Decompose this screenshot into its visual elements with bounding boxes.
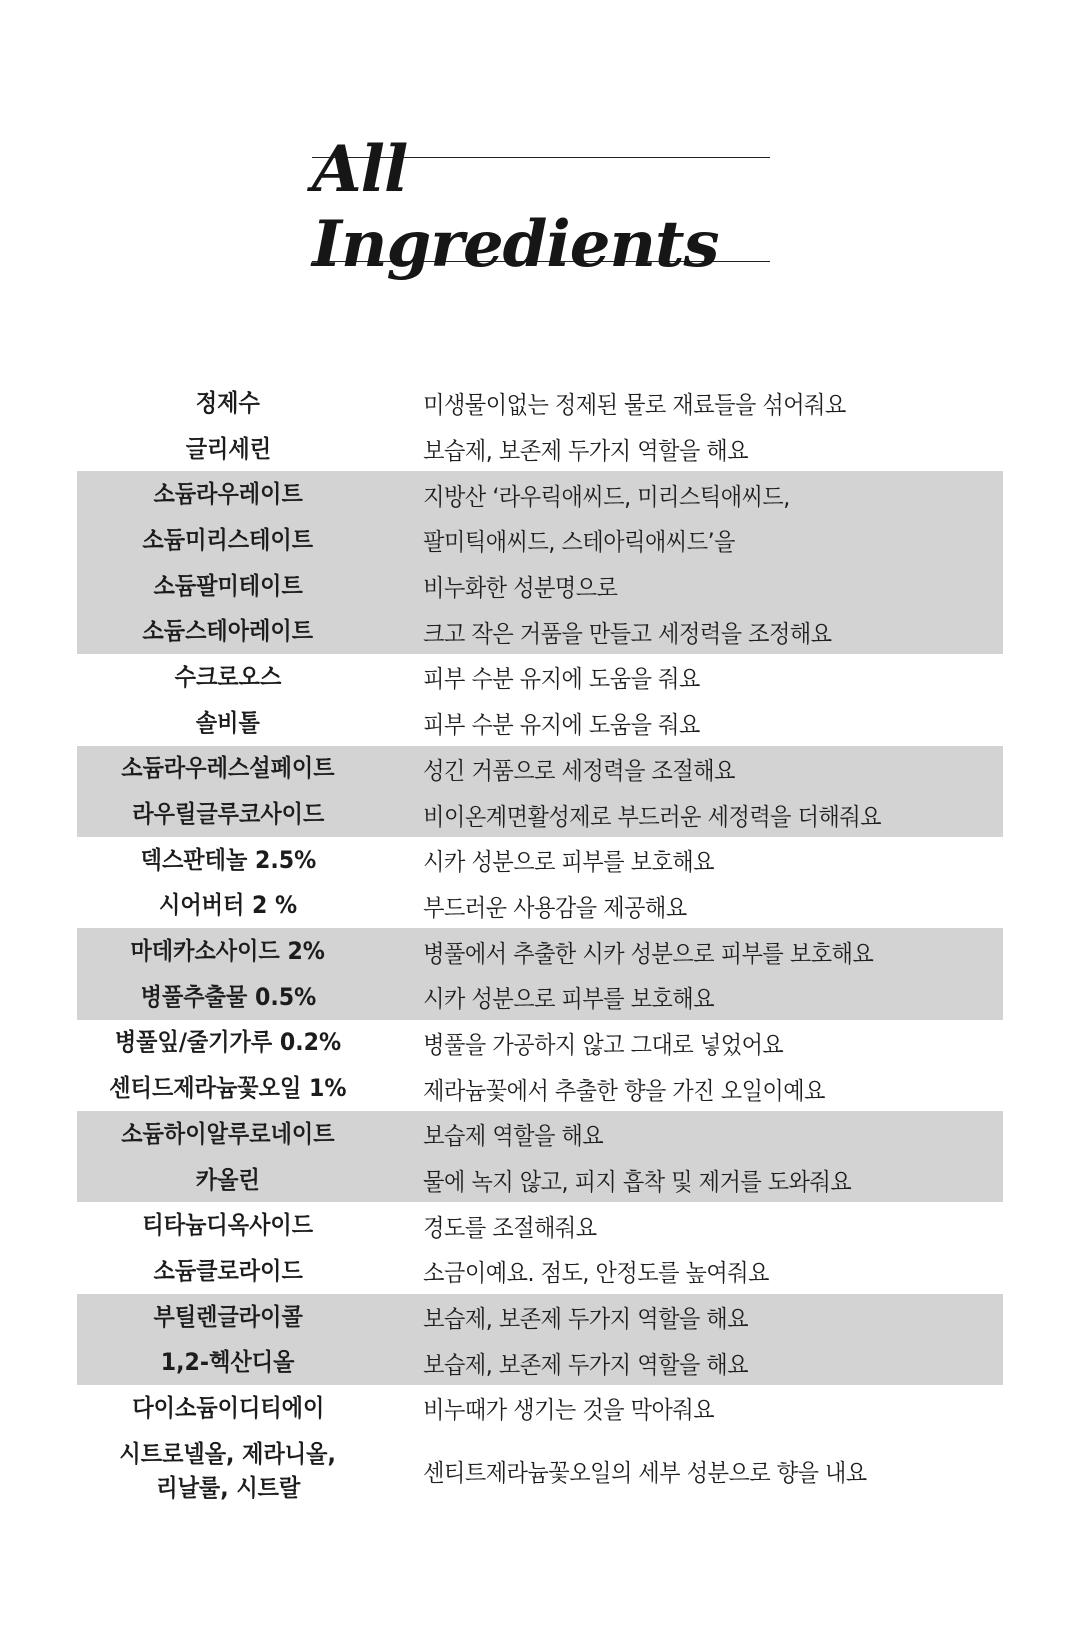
table-row: 카올린 물에 녹지 않고, 피지 흡착 및 제거를 도와줘요	[77, 1157, 1003, 1203]
table-row: 티타늄디옥사이드 경도를 조절해줘요	[77, 1202, 1003, 1248]
ingredient-description: 비누때가 생기는 것을 막아줘요	[379, 1390, 714, 1425]
ingredient-description: 경도를 조절해줘요	[379, 1208, 597, 1243]
table-row: 정제수 미생물이없는 정제된 물로 재료들을 섞어줘요	[77, 380, 1003, 426]
ingredient-description: 비누화한 성분명으로	[379, 568, 618, 603]
table-row: 덱스판테놀 2.5% 시카 성분으로 피부를 보호해요	[77, 837, 1003, 883]
table-row: 시어버터 2 % 부드러운 사용감을 제공해요	[77, 883, 1003, 929]
ingredient-description: 시카 성분으로 피부를 보호해요	[379, 842, 714, 877]
ingredient-description: 물에 녹지 않고, 피지 흡착 및 제거를 도와줘요	[379, 1162, 851, 1197]
ingredient-description: 소금이예요. 점도, 안정도를 높여줘요	[379, 1253, 769, 1288]
ingredient-name: 소듐팔미테이트	[77, 569, 379, 603]
ingredient-description: 부드러운 사용감을 제공해요	[379, 888, 687, 923]
ingredient-name: 솔비톨	[77, 706, 379, 740]
ingredient-description: 보습제, 보존제 두가지 역할을 해요	[379, 1299, 748, 1334]
ingredient-group-shaded: 소듐하이알루로네이트 보습제 역할을 해요 카올린 물에 녹지 않고, 피지 흡…	[77, 1111, 1003, 1202]
ingredient-description: 지방산 ‘라우릭애씨드, 미리스틱애씨드,	[379, 477, 790, 512]
ingredient-name: 병풀잎/줄기가루 0.2%	[77, 1025, 379, 1059]
ingredient-group: 티타늄디옥사이드 경도를 조절해줘요 소듐클로라이드 소금이예요. 점도, 안정…	[77, 1202, 1003, 1293]
ingredient-description: 보습제 역할을 해요	[379, 1116, 603, 1151]
ingredient-name: 시트로넬올, 제라니올, 리날룰, 시트랄	[77, 1437, 379, 1505]
page-title: All Ingredients	[312, 132, 770, 282]
ingredient-name: 라우릴글루코사이드	[77, 797, 379, 831]
ingredient-description: 시카 성분으로 피부를 보호해요	[379, 979, 714, 1014]
ingredient-description: 팔미틱애씨드, 스테아릭애씨드’을	[379, 522, 735, 557]
ingredient-name: 소듐라우레이트	[77, 477, 379, 511]
ingredient-name: 소듐라우레스설페이트	[77, 751, 379, 785]
ingredient-name: 다이소듐이디티에이	[77, 1391, 379, 1425]
table-row: 마데카소사이드 2% 병풀에서 추출한 시카 성분으로 피부를 보호해요	[77, 928, 1003, 974]
table-row: 소듐미리스테이트 팔미틱애씨드, 스테아릭애씨드’을	[77, 517, 1003, 563]
ingredient-group: 덱스판테놀 2.5% 시카 성분으로 피부를 보호해요 시어버터 2 % 부드러…	[77, 837, 1003, 928]
table-row: 소듐스테아레이트 크고 작은 거품을 만들고 세정력을 조정해요	[77, 608, 1003, 654]
ingredient-description: 제라늄꽃에서 추출한 향을 가진 오일이예요	[379, 1071, 825, 1106]
ingredient-description: 미생물이없는 정제된 물로 재료들을 섞어줘요	[379, 385, 846, 420]
table-row: 시트로넬올, 제라니올, 리날룰, 시트랄 센티트제라늄꽃오일의 세부 성분으로…	[77, 1431, 1003, 1511]
ingredient-description: 피부 수분 유지에 도움을 줘요	[379, 705, 700, 740]
table-row: 소듐클로라이드 소금이예요. 점도, 안정도를 높여줘요	[77, 1248, 1003, 1294]
ingredient-name: 시어버터 2 %	[77, 888, 379, 922]
ingredient-name: 부틸렌글라이콜	[77, 1300, 379, 1334]
ingredient-group-shaded: 마데카소사이드 2% 병풀에서 추출한 시카 성분으로 피부를 보호해요 병풀추…	[77, 928, 1003, 1019]
ingredient-name: 1,2-헥산디올	[77, 1345, 379, 1379]
ingredient-name: 글리세린	[77, 432, 379, 466]
table-row: 수크로오스 피부 수분 유지에 도움을 줘요	[77, 654, 1003, 700]
ingredient-name: 병풀추출물 0.5%	[77, 980, 379, 1014]
table-row: 글리세린 보습제, 보존제 두가지 역할을 해요	[77, 426, 1003, 472]
table-row: 센티드제라늄꽃오일 1% 제라늄꽃에서 추출한 향을 가진 오일이예요	[77, 1065, 1003, 1111]
table-row: 솔비톨 피부 수분 유지에 도움을 줘요	[77, 700, 1003, 746]
ingredient-name: 티타늄디옥사이드	[77, 1208, 379, 1242]
title-block: All Ingredients	[312, 157, 770, 262]
ingredient-group: 다이소듐이디티에이 비누때가 생기는 것을 막아줘요 시트로넬올, 제라니올, …	[77, 1385, 1003, 1511]
table-row: 소듐라우레스설페이트 성긴 거품으로 세정력을 조절해요	[77, 746, 1003, 792]
table-row: 소듐하이알루로네이트 보습제 역할을 해요	[77, 1111, 1003, 1157]
ingredient-group-shaded: 소듐라우레스설페이트 성긴 거품으로 세정력을 조절해요 라우릴글루코사이드 비…	[77, 746, 1003, 837]
table-row: 1,2-헥산디올 보습제, 보존제 두가지 역할을 해요	[77, 1339, 1003, 1385]
ingredient-description: 피부 수분 유지에 도움을 줘요	[379, 659, 700, 694]
ingredient-name: 수크로오스	[77, 660, 379, 694]
table-row: 다이소듐이디티에이 비누때가 생기는 것을 막아줘요	[77, 1385, 1003, 1431]
ingredient-group: 수크로오스 피부 수분 유지에 도움을 줘요 솔비톨 피부 수분 유지에 도움을…	[77, 654, 1003, 745]
ingredient-name: 센티드제라늄꽃오일 1%	[77, 1071, 379, 1105]
ingredient-description: 성긴 거품으로 세정력을 조절해요	[379, 751, 735, 786]
ingredient-description: 보습제, 보존제 두가지 역할을 해요	[379, 431, 748, 466]
ingredient-group: 정제수 미생물이없는 정제된 물로 재료들을 섞어줘요 글리세린 보습제, 보존…	[77, 380, 1003, 471]
table-row: 라우릴글루코사이드 비이온계면활성제로 부드러운 세정력을 더해줘요	[77, 791, 1003, 837]
ingredient-name: 소듐클로라이드	[77, 1254, 379, 1288]
ingredient-name: 소듐하이알루로네이트	[77, 1117, 379, 1151]
ingredient-name: 정제수	[77, 386, 379, 420]
ingredient-description: 병풀을 가공하지 않고 그대로 넣었어요	[379, 1025, 783, 1060]
ingredients-table: 정제수 미생물이없는 정제된 물로 재료들을 섞어줘요 글리세린 보습제, 보존…	[77, 380, 1003, 1511]
ingredient-name: 카올린	[77, 1163, 379, 1197]
table-row: 병풀잎/줄기가루 0.2% 병풀을 가공하지 않고 그대로 넣었어요	[77, 1020, 1003, 1066]
ingredient-description: 센티트제라늄꽃오일의 세부 성분으로 향을 내요	[379, 1453, 867, 1488]
ingredient-name: 마데카소사이드 2%	[77, 934, 379, 968]
ingredient-group-shaded: 소듐라우레이트 지방산 ‘라우릭애씨드, 미리스틱애씨드, 소듐미리스테이트 팔…	[77, 471, 1003, 654]
ingredient-name: 소듐미리스테이트	[77, 523, 379, 557]
table-row: 병풀추출물 0.5% 시카 성분으로 피부를 보호해요	[77, 974, 1003, 1020]
table-row: 소듐라우레이트 지방산 ‘라우릭애씨드, 미리스틱애씨드,	[77, 471, 1003, 517]
ingredient-description: 보습제, 보존제 두가지 역할을 해요	[379, 1345, 748, 1380]
ingredient-group: 병풀잎/줄기가루 0.2% 병풀을 가공하지 않고 그대로 넣었어요 센티드제라…	[77, 1020, 1003, 1111]
table-row: 소듐팔미테이트 비누화한 성분명으로	[77, 563, 1003, 609]
table-row: 부틸렌글라이콜 보습제, 보존제 두가지 역할을 해요	[77, 1294, 1003, 1340]
ingredient-description: 크고 작은 거품을 만들고 세정력을 조정해요	[379, 614, 832, 649]
ingredient-description: 비이온계면활성제로 부드러운 세정력을 더해줘요	[379, 797, 881, 832]
ingredient-name: 소듐스테아레이트	[77, 614, 379, 648]
ingredient-name: 덱스판테놀 2.5%	[77, 843, 379, 877]
ingredient-description: 병풀에서 추출한 시카 성분으로 피부를 보호해요	[379, 934, 873, 969]
ingredient-group-shaded: 부틸렌글라이콜 보습제, 보존제 두가지 역할을 해요 1,2-헥산디올 보습제…	[77, 1294, 1003, 1385]
